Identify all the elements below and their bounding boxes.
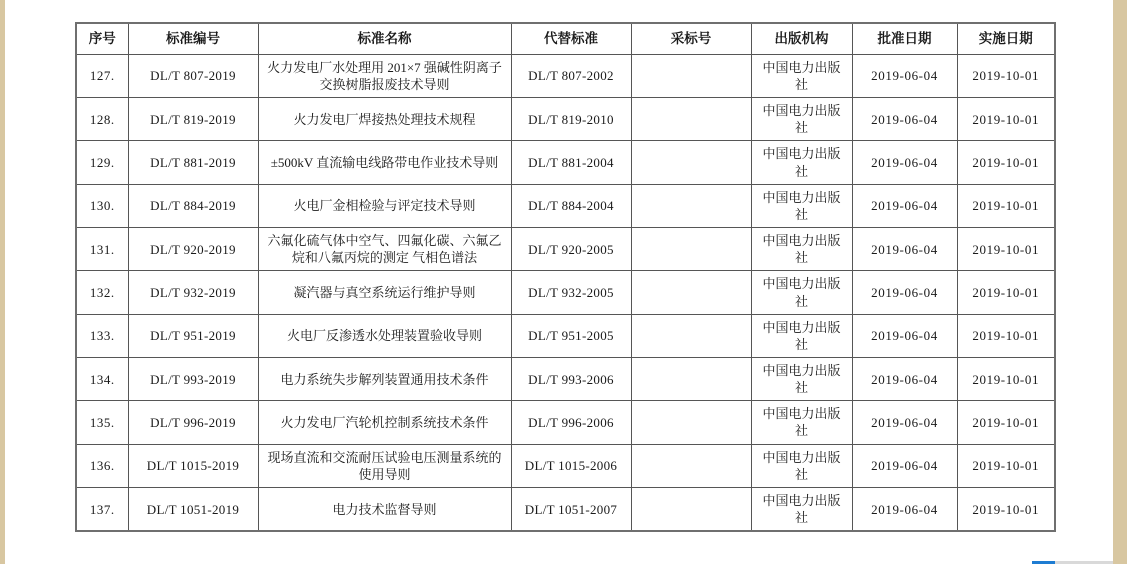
cell-no: 134. xyxy=(76,358,128,401)
cell-implemented: 2019-10-01 xyxy=(957,54,1055,97)
cell-code: DL/T 807-2019 xyxy=(128,54,258,97)
cell-publisher: 中国电力出版社 xyxy=(751,141,852,184)
table-row: 137.DL/T 1051-2019电力技术监督导则DL/T 1051-2007… xyxy=(76,487,1055,531)
cell-no: 131. xyxy=(76,228,128,271)
cell-publisher: 中国电力出版社 xyxy=(751,228,852,271)
header-cell-implemented: 实施日期 xyxy=(957,23,1055,54)
cell-implemented: 2019-10-01 xyxy=(957,401,1055,444)
cell-code: DL/T 1051-2019 xyxy=(128,487,258,531)
cell-no: 133. xyxy=(76,314,128,357)
cell-name: 电力技术监督导则 xyxy=(258,487,511,531)
cell-approved: 2019-06-04 xyxy=(852,54,957,97)
cell-adopted xyxy=(631,444,751,487)
cell-approved: 2019-06-04 xyxy=(852,98,957,141)
cell-adopted xyxy=(631,271,751,314)
cell-adopted xyxy=(631,54,751,97)
cell-replaces: DL/T 920-2005 xyxy=(511,228,631,271)
standards-table-container: 序号 标准编号 标准名称 代替标准 采标号 出版机构 批准日期 实施日期 127… xyxy=(75,22,1054,532)
cell-implemented: 2019-10-01 xyxy=(957,98,1055,141)
cell-adopted xyxy=(631,401,751,444)
header-cell-replaces: 代替标准 xyxy=(511,23,631,54)
cell-approved: 2019-06-04 xyxy=(852,401,957,444)
cell-replaces: DL/T 1015-2006 xyxy=(511,444,631,487)
page-left-margin-strip xyxy=(0,0,5,564)
cell-name: 凝汽器与真空系统运行维护导则 xyxy=(258,271,511,314)
header-cell-approved: 批准日期 xyxy=(852,23,957,54)
cell-implemented: 2019-10-01 xyxy=(957,487,1055,531)
cell-approved: 2019-06-04 xyxy=(852,228,957,271)
cell-name: 火力发电厂焊接热处理技术规程 xyxy=(258,98,511,141)
table-row: 136.DL/T 1015-2019现场直流和交流耐压试验电压测量系统的使用导则… xyxy=(76,444,1055,487)
cell-publisher: 中国电力出版社 xyxy=(751,184,852,227)
cell-replaces: DL/T 881-2004 xyxy=(511,141,631,184)
cell-adopted xyxy=(631,98,751,141)
cell-code: DL/T 884-2019 xyxy=(128,184,258,227)
cell-name: 火力发电厂水处理用 201×7 强碱性阴离子交换树脂报废技术导则 xyxy=(258,54,511,97)
cell-name: 火力发电厂汽轮机控制系统技术条件 xyxy=(258,401,511,444)
cell-implemented: 2019-10-01 xyxy=(957,358,1055,401)
cell-replaces: DL/T 993-2006 xyxy=(511,358,631,401)
cell-implemented: 2019-10-01 xyxy=(957,314,1055,357)
cell-publisher: 中国电力出版社 xyxy=(751,271,852,314)
cell-no: 127. xyxy=(76,54,128,97)
cell-implemented: 2019-10-01 xyxy=(957,141,1055,184)
table-row: 133.DL/T 951-2019火电厂反渗透水处理装置验收导则DL/T 951… xyxy=(76,314,1055,357)
cell-publisher: 中国电力出版社 xyxy=(751,54,852,97)
cell-replaces: DL/T 996-2006 xyxy=(511,401,631,444)
cell-approved: 2019-06-04 xyxy=(852,487,957,531)
table-row: 128.DL/T 819-2019火力发电厂焊接热处理技术规程DL/T 819-… xyxy=(76,98,1055,141)
cell-code: DL/T 993-2019 xyxy=(128,358,258,401)
cell-approved: 2019-06-04 xyxy=(852,444,957,487)
header-cell-name: 标准名称 xyxy=(258,23,511,54)
cell-code: DL/T 881-2019 xyxy=(128,141,258,184)
header-cell-adopted: 采标号 xyxy=(631,23,751,54)
table-row: 130.DL/T 884-2019火电厂金相检验与评定技术导则DL/T 884-… xyxy=(76,184,1055,227)
cell-code: DL/T 819-2019 xyxy=(128,98,258,141)
cell-implemented: 2019-10-01 xyxy=(957,184,1055,227)
cell-adopted xyxy=(631,487,751,531)
cell-approved: 2019-06-04 xyxy=(852,358,957,401)
cell-implemented: 2019-10-01 xyxy=(957,271,1055,314)
header-cell-code: 标准编号 xyxy=(128,23,258,54)
header-row: 序号 标准编号 标准名称 代替标准 采标号 出版机构 批准日期 实施日期 xyxy=(76,23,1055,54)
cell-no: 136. xyxy=(76,444,128,487)
cell-approved: 2019-06-04 xyxy=(852,271,957,314)
page: { "page": { "background": "#ffffff", "le… xyxy=(0,0,1127,564)
cell-no: 132. xyxy=(76,271,128,314)
cell-no: 128. xyxy=(76,98,128,141)
cell-name: ±500kV 直流输电线路带电作业技术导则 xyxy=(258,141,511,184)
cell-replaces: DL/T 819-2010 xyxy=(511,98,631,141)
cell-publisher: 中国电力出版社 xyxy=(751,444,852,487)
cell-publisher: 中国电力出版社 xyxy=(751,314,852,357)
cell-code: DL/T 996-2019 xyxy=(128,401,258,444)
cell-implemented: 2019-10-01 xyxy=(957,444,1055,487)
cell-replaces: DL/T 951-2005 xyxy=(511,314,631,357)
cell-code: DL/T 932-2019 xyxy=(128,271,258,314)
table-header: 序号 标准编号 标准名称 代替标准 采标号 出版机构 批准日期 实施日期 xyxy=(76,23,1055,54)
cell-no: 129. xyxy=(76,141,128,184)
table-row: 135.DL/T 996-2019火力发电厂汽轮机控制系统技术条件DL/T 99… xyxy=(76,401,1055,444)
cell-publisher: 中国电力出版社 xyxy=(751,98,852,141)
cell-no: 130. xyxy=(76,184,128,227)
table-row: 129.DL/T 881-2019±500kV 直流输电线路带电作业技术导则DL… xyxy=(76,141,1055,184)
standards-table: 序号 标准编号 标准名称 代替标准 采标号 出版机构 批准日期 实施日期 127… xyxy=(75,22,1056,532)
cell-no: 135. xyxy=(76,401,128,444)
cell-code: DL/T 951-2019 xyxy=(128,314,258,357)
cell-approved: 2019-06-04 xyxy=(852,314,957,357)
cell-adopted xyxy=(631,141,751,184)
cell-publisher: 中国电力出版社 xyxy=(751,401,852,444)
cell-name: 火电厂反渗透水处理装置验收导则 xyxy=(258,314,511,357)
cell-code: DL/T 1015-2019 xyxy=(128,444,258,487)
cell-adopted xyxy=(631,228,751,271)
cell-adopted xyxy=(631,184,751,227)
cell-approved: 2019-06-04 xyxy=(852,184,957,227)
table-body: 127.DL/T 807-2019火力发电厂水处理用 201×7 强碱性阴离子交… xyxy=(76,54,1055,531)
table-row: 131.DL/T 920-2019六氟化硫气体中空气、四氟化碳、六氟乙烷和八氟丙… xyxy=(76,228,1055,271)
table-row: 134.DL/T 993-2019电力系统失步解列装置通用技术条件DL/T 99… xyxy=(76,358,1055,401)
table-row: 127.DL/T 807-2019火力发电厂水处理用 201×7 强碱性阴离子交… xyxy=(76,54,1055,97)
header-cell-publisher: 出版机构 xyxy=(751,23,852,54)
cell-name: 电力系统失步解列装置通用技术条件 xyxy=(258,358,511,401)
cell-publisher: 中国电力出版社 xyxy=(751,358,852,401)
cell-replaces: DL/T 1051-2007 xyxy=(511,487,631,531)
cell-code: DL/T 920-2019 xyxy=(128,228,258,271)
cell-approved: 2019-06-04 xyxy=(852,141,957,184)
cell-implemented: 2019-10-01 xyxy=(957,228,1055,271)
header-cell-no: 序号 xyxy=(76,23,128,54)
cell-name: 火电厂金相检验与评定技术导则 xyxy=(258,184,511,227)
cell-replaces: DL/T 807-2002 xyxy=(511,54,631,97)
cell-adopted xyxy=(631,314,751,357)
cell-name: 六氟化硫气体中空气、四氟化碳、六氟乙烷和八氟丙烷的测定 气相色谱法 xyxy=(258,228,511,271)
cell-no: 137. xyxy=(76,487,128,531)
cell-replaces: DL/T 884-2004 xyxy=(511,184,631,227)
cell-replaces: DL/T 932-2005 xyxy=(511,271,631,314)
table-row: 132.DL/T 932-2019凝汽器与真空系统运行维护导则DL/T 932-… xyxy=(76,271,1055,314)
page-right-margin-strip xyxy=(1113,0,1127,564)
cell-adopted xyxy=(631,358,751,401)
cell-publisher: 中国电力出版社 xyxy=(751,487,852,531)
cell-name: 现场直流和交流耐压试验电压测量系统的使用导则 xyxy=(258,444,511,487)
